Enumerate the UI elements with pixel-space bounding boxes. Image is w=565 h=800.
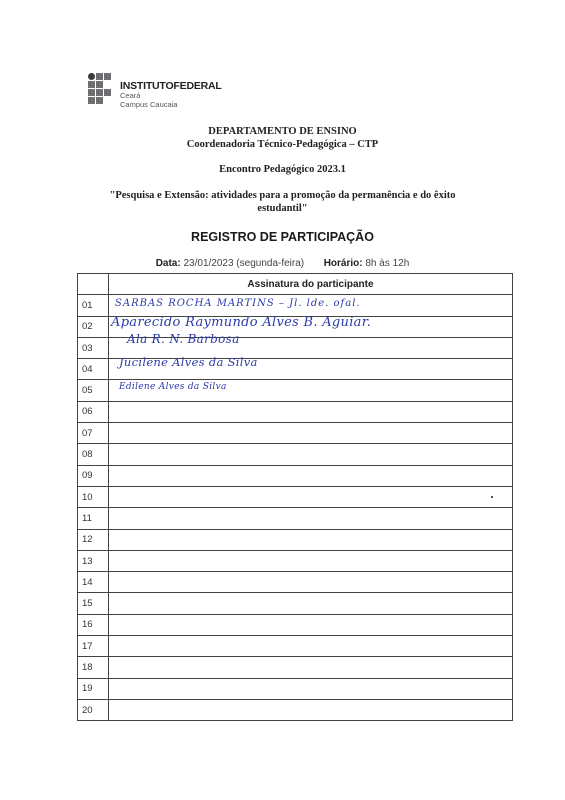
date-label: Data:	[156, 258, 181, 269]
participant-signature: SARBAS ROCHA MARTINS – Jl. lde. ofal.	[115, 298, 361, 309]
row-number: 13	[78, 550, 109, 571]
table-row: 17	[78, 636, 513, 657]
signature-cell[interactable]: SARBAS ROCHA MARTINS – Jl. lde. ofal.	[109, 295, 513, 316]
row-number: 02	[78, 316, 109, 337]
row-number: 01	[78, 295, 109, 316]
signature-cell[interactable]	[109, 699, 513, 720]
table-row: 08	[78, 444, 513, 465]
time-value: 8h às 12h	[365, 258, 409, 269]
row-number: 17	[78, 636, 109, 657]
signature-cell[interactable]	[109, 508, 513, 529]
row-number: 20	[78, 699, 109, 720]
scan-speck	[491, 496, 493, 498]
signature-cell[interactable]	[109, 486, 513, 507]
table-row: 04Jucilene Alves da Silva	[78, 359, 513, 380]
row-number: 05	[78, 380, 109, 401]
signature-cell[interactable]: Edilene Alves da Silva	[109, 380, 513, 401]
row-number: 10	[78, 486, 109, 507]
table-row: 10	[78, 486, 513, 507]
participant-signature: Aparecido Raymundo Alves B. Aguiar.	[111, 315, 371, 330]
table-row: 01SARBAS ROCHA MARTINS – Jl. lde. ofal.	[78, 295, 513, 316]
row-number: 18	[78, 657, 109, 678]
signature-cell[interactable]	[109, 636, 513, 657]
date-value: 23/01/2023 (segunda-feira)	[183, 258, 304, 269]
logo-campus: Campus Caucaia	[120, 101, 222, 110]
row-number: 04	[78, 359, 109, 380]
row-number: 03	[78, 337, 109, 358]
table-row: 06	[78, 401, 513, 422]
signature-cell[interactable]	[109, 423, 513, 444]
table-row: 13	[78, 550, 513, 571]
row-number: 09	[78, 465, 109, 486]
signature-cell[interactable]: Jucilene Alves da Silva	[109, 359, 513, 380]
theme-line-1: "Pesquisa e Extensão: atividades para a …	[0, 190, 565, 201]
row-number: 08	[78, 444, 109, 465]
table-header-row: Assinatura do participante	[78, 274, 513, 295]
institution-logo: INSTITUTOFEDERAL Ceará Campus Caucaia	[88, 73, 248, 109]
signature-cell[interactable]	[109, 572, 513, 593]
signature-cell[interactable]	[109, 550, 513, 571]
coordination-heading: Coordenadoria Técnico-Pedagógica – CTP	[0, 139, 565, 150]
row-number: 14	[78, 572, 109, 593]
table-row: 07	[78, 423, 513, 444]
document-title: REGISTRO DE PARTICIPAÇÃO	[0, 230, 565, 244]
signature-cell[interactable]	[109, 529, 513, 550]
participant-signature: Ala R. N. Barbosa	[127, 332, 240, 346]
signature-column-header: Assinatura do participante	[109, 274, 513, 295]
signature-cell[interactable]	[109, 657, 513, 678]
instituto-federal-logo-icon	[88, 73, 118, 107]
table-row: 05Edilene Alves da Silva	[78, 380, 513, 401]
signature-cell[interactable]	[109, 678, 513, 699]
signature-cell[interactable]	[109, 465, 513, 486]
table-row: 12	[78, 529, 513, 550]
signature-cell[interactable]	[109, 614, 513, 635]
signature-cell[interactable]	[109, 444, 513, 465]
row-number: 11	[78, 508, 109, 529]
signature-cell[interactable]	[109, 593, 513, 614]
number-column-header	[78, 274, 109, 295]
table-row: 19	[78, 678, 513, 699]
table-row: 15	[78, 593, 513, 614]
session-info: Data: 23/01/2023 (segunda-feira) Horário…	[0, 258, 565, 269]
attendance-table: Assinatura do participante 01SARBAS ROCH…	[77, 273, 513, 721]
table-row: 16	[78, 614, 513, 635]
signature-cell[interactable]	[109, 401, 513, 422]
table-row: 11	[78, 508, 513, 529]
event-heading: Encontro Pedagógico 2023.1	[0, 164, 565, 175]
row-number: 06	[78, 401, 109, 422]
table-row: 18	[78, 657, 513, 678]
department-heading: DEPARTAMENTO DE ENSINO	[0, 126, 565, 137]
table-row: 20	[78, 699, 513, 720]
row-number: 16	[78, 614, 109, 635]
time-label: Horário:	[324, 258, 363, 269]
row-number: 19	[78, 678, 109, 699]
row-number: 12	[78, 529, 109, 550]
table-row: 09	[78, 465, 513, 486]
row-number: 15	[78, 593, 109, 614]
participant-signature: Jucilene Alves da Silva	[119, 355, 258, 369]
theme-line-2: estudantil"	[0, 203, 565, 214]
participant-signature: Edilene Alves da Silva	[119, 382, 227, 392]
table-row: 14	[78, 572, 513, 593]
row-number: 07	[78, 423, 109, 444]
